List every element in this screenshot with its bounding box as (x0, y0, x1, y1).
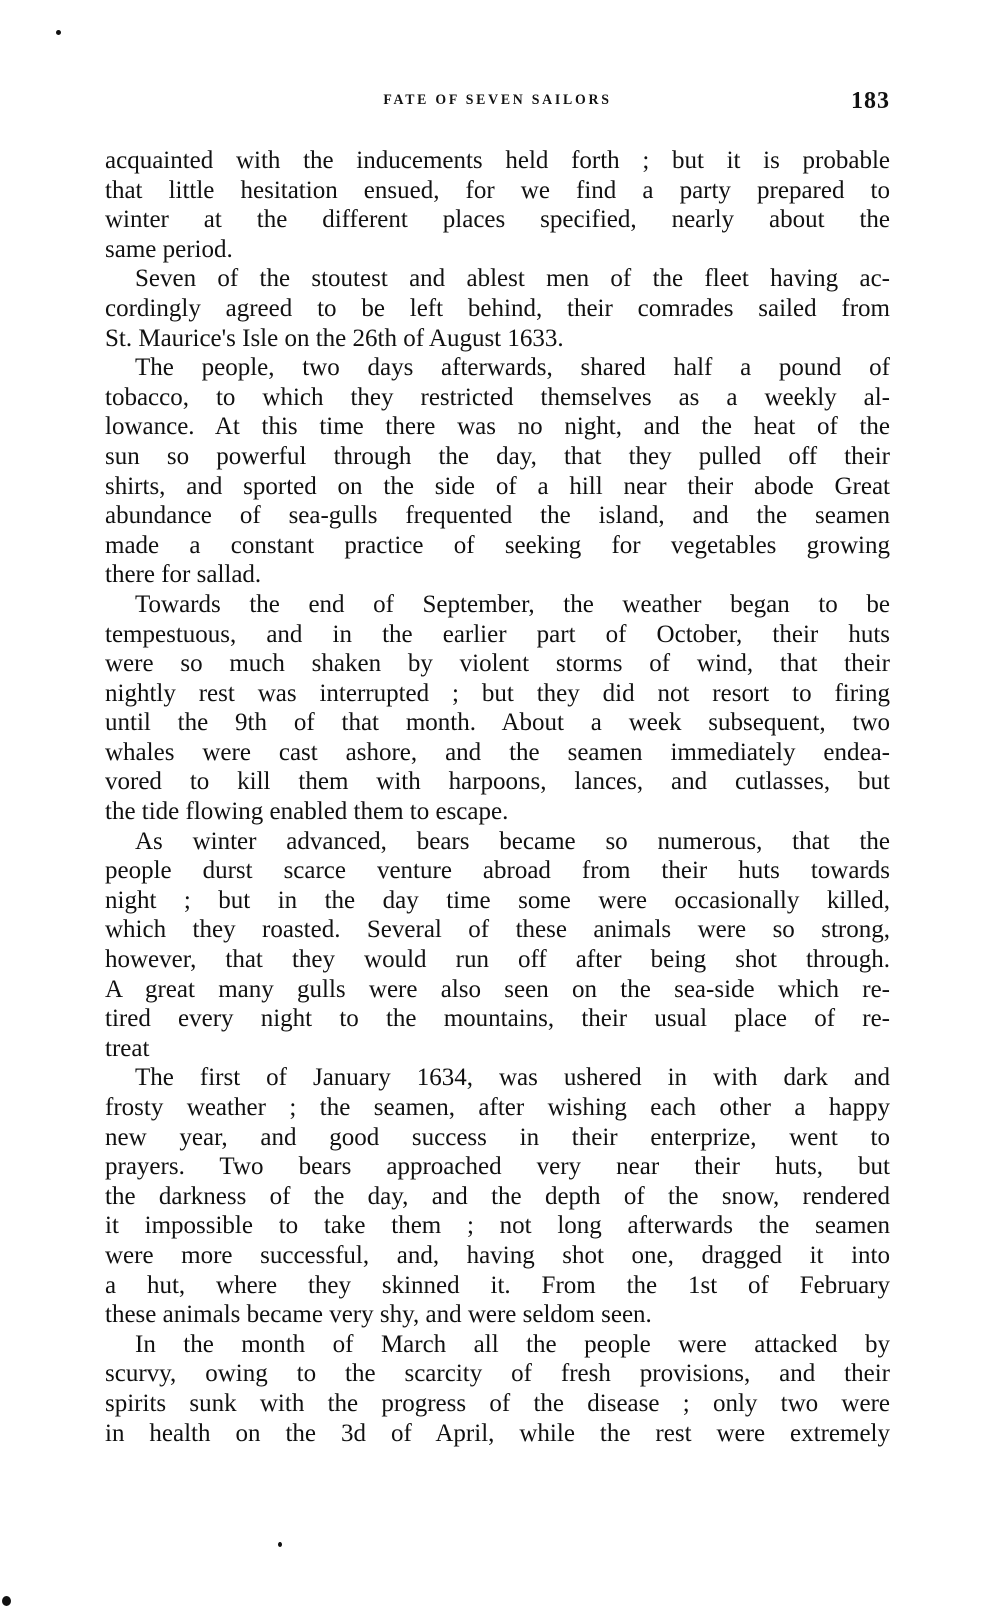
text-line: tempestuous, and in the earlier part of … (105, 620, 890, 650)
text-line: the darkness of the day, and the depth o… (105, 1182, 890, 1212)
text-line: there for sallad. (105, 560, 890, 590)
book-page: Fate of Seven Sailors 183 acquainted wit… (0, 0, 1000, 1612)
text-line: new year, and good success in their ente… (105, 1123, 890, 1153)
text-line: Towards the end of September, the weathe… (105, 590, 890, 620)
text-line: abundance of sea-gulls frequented the is… (105, 501, 890, 531)
text-line: cordingly agreed to be left behind, thei… (105, 294, 890, 324)
text-line: in health on the 3d of April, while the … (105, 1419, 890, 1449)
text-line: treat (105, 1034, 890, 1064)
paragraph: The people, two days afterwards, shared … (105, 353, 890, 590)
text-line: spirits sunk with the progress of the di… (105, 1389, 890, 1419)
paragraph: acquainted with the inducements held for… (105, 146, 890, 264)
text-line: people durst scarce venture abroad from … (105, 856, 890, 886)
text-line: frosty weather ; the seamen, after wishi… (105, 1093, 890, 1123)
text-line: nightly rest was interrupted ; but they … (105, 679, 890, 709)
text-line: St. Maurice's Isle on the 26th of August… (105, 324, 890, 354)
text-line: tired every night to the mountains, thei… (105, 1004, 890, 1034)
text-line: same period. (105, 235, 890, 265)
page-number: 183 (851, 88, 890, 115)
text-line: prayers. Two bears approached very near … (105, 1152, 890, 1182)
text-line: tobacco, to which they restricted themse… (105, 383, 890, 413)
running-header: Fate of Seven Sailors 183 (105, 88, 890, 114)
text-line: The people, two days afterwards, shared … (105, 353, 890, 383)
scan-speck (56, 30, 61, 35)
text-line: winter at the different places specified… (105, 205, 890, 235)
text-line: acquainted with the inducements held for… (105, 146, 890, 176)
text-line: As winter advanced, bears became so nume… (105, 827, 890, 857)
text-line: made a constant practice of seeking for … (105, 531, 890, 561)
text-line: however, that they would run off after b… (105, 945, 890, 975)
chapter-running-title: Fate of Seven Sailors (136, 92, 858, 109)
paragraph: As winter advanced, bears became so nume… (105, 827, 890, 1064)
paragraph: Towards the end of September, the weathe… (105, 590, 890, 827)
scan-speck (278, 1542, 282, 1547)
scan-speck (2, 1596, 11, 1606)
text-line: scurvy, owing to the scarcity of fresh p… (105, 1359, 890, 1389)
text-line: the tide flowing enabled them to escape. (105, 797, 890, 827)
text-line: it impossible to take them ; not long af… (105, 1211, 890, 1241)
text-line: The first of January 1634, was ushered i… (105, 1063, 890, 1093)
text-line: until the 9th of that month. About a wee… (105, 708, 890, 738)
body-text: acquainted with the inducements held for… (105, 146, 890, 1448)
paragraph: Seven of the stoutest and ablest men of … (105, 264, 890, 353)
text-line: night ; but in the day time some were oc… (105, 886, 890, 916)
text-line: a hut, where they skinned it. From the 1… (105, 1271, 890, 1301)
text-line: shirts, and sported on the side of a hil… (105, 472, 890, 502)
text-line: sun so powerful through the day, that th… (105, 442, 890, 472)
text-line: In the month of March all the people wer… (105, 1330, 890, 1360)
text-line: whales were cast ashore, and the seamen … (105, 738, 890, 768)
paragraph: In the month of March all the people wer… (105, 1330, 890, 1448)
text-line: were more successful, and, having shot o… (105, 1241, 890, 1271)
text-line: Seven of the stoutest and ablest men of … (105, 264, 890, 294)
text-line: that little hesitation ensued, for we fi… (105, 176, 890, 206)
text-line: A great many gulls were also seen on the… (105, 975, 890, 1005)
text-line: lowance. At this time there was no night… (105, 412, 890, 442)
paragraph: The first of January 1634, was ushered i… (105, 1063, 890, 1329)
text-line: these animals became very shy, and were … (105, 1300, 890, 1330)
text-line: were so much shaken by violent storms of… (105, 649, 890, 679)
text-line: which they roasted. Several of these ani… (105, 915, 890, 945)
text-line: vored to kill them with harpoons, lances… (105, 767, 890, 797)
